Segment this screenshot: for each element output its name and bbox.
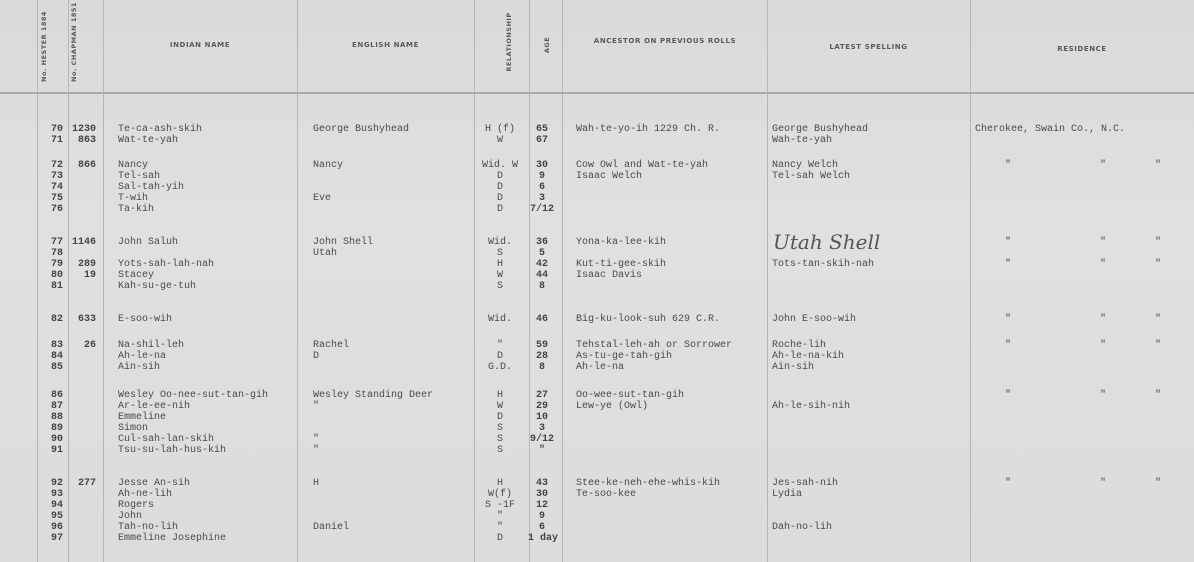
cell-rel: S xyxy=(476,445,524,456)
cell-indian: Simon xyxy=(118,423,148,434)
cell-latest: Ah-le-na-kih xyxy=(772,351,844,362)
cell-rel: H (f) xyxy=(476,124,524,135)
ditto-mark: " xyxy=(1155,340,1161,351)
cell-indian: Wesley Oo-nee-sut-tan-gih xyxy=(118,390,268,401)
cell-indian: Cul-sah-lan-skih xyxy=(118,434,214,445)
cell-age: 9 xyxy=(528,511,556,522)
table-row: 94RogersS -1F12 xyxy=(0,500,1194,511)
cell-chapman: 26 xyxy=(68,340,96,351)
cell-no: 91 xyxy=(44,445,70,456)
cell-no: 81 xyxy=(44,281,70,292)
cell-indian: Emmeline xyxy=(118,412,166,423)
cell-no: 75 xyxy=(44,193,70,204)
cell-rel: W(f) xyxy=(476,489,524,500)
cell-latest: Nancy Welch xyxy=(772,160,838,171)
cell-ancestor: Yona-ka-lee-kih xyxy=(576,237,666,248)
cell-indian: John xyxy=(118,511,142,522)
cell-rel: D xyxy=(476,204,524,215)
table-row: 93Ah-ne-lihW(f)30Te-soo-keeLydia xyxy=(0,489,1194,500)
cell-no: 71 xyxy=(44,135,70,146)
cell-rel: " xyxy=(476,522,524,533)
cell-chapman: 289 xyxy=(68,259,96,270)
cell-indian: Te-ca-ash-skih xyxy=(118,124,202,135)
table-row: 78UtahS5 xyxy=(0,248,1194,259)
cell-english: " xyxy=(313,445,319,456)
table-row: 82633E-soo-wihWid.46Big-ku-look-suh 629 … xyxy=(0,314,1194,325)
cell-no: 88 xyxy=(44,412,70,423)
cell-rel: D xyxy=(476,193,524,204)
cell-ancestor: As-tu-ge-tah-gih xyxy=(576,351,672,362)
cell-latest: Roche-lih xyxy=(772,340,826,351)
cell-ancestor: Cow Owl and Wat-te-yah xyxy=(576,160,708,171)
table-row: 89SimonS3 xyxy=(0,423,1194,434)
cell-indian: Tsu-su-lah-hus-kih xyxy=(118,445,226,456)
cell-no: 73 xyxy=(44,171,70,182)
cell-chapman: 277 xyxy=(68,478,96,489)
cell-indian: E-soo-wih xyxy=(118,314,172,325)
cell-no: 87 xyxy=(44,401,70,412)
cell-latest: Tots-tan-skih-nah xyxy=(772,259,874,270)
cell-no: 90 xyxy=(44,434,70,445)
header-relationship: RELATIONSHIP xyxy=(505,2,513,82)
cell-rel: Wid. W xyxy=(476,160,524,171)
cell-chapman: 1146 xyxy=(68,237,96,248)
cell-rel: D xyxy=(476,412,524,423)
cell-latest: Jes-sah-nih xyxy=(772,478,838,489)
table-row: 84Ah-le-naDD28As-tu-ge-tah-gihAh-le-na-k… xyxy=(0,351,1194,362)
ditto-mark: " xyxy=(1005,390,1011,401)
cell-ancestor: Isaac Davis xyxy=(576,270,642,281)
ditto-mark: " xyxy=(1100,390,1106,401)
cell-indian: Ah-le-na xyxy=(118,351,166,362)
header-english-name: ENGLISH NAME xyxy=(297,40,474,51)
cell-age: 12 xyxy=(528,500,556,511)
header-indian-name: INDIAN NAME xyxy=(103,40,297,51)
cell-latest: Lydia xyxy=(772,489,802,500)
cell-chapman: 19 xyxy=(68,270,96,281)
cell-no: 94 xyxy=(44,500,70,511)
ditto-mark: " xyxy=(1100,160,1106,171)
cell-rel: " xyxy=(476,511,524,522)
cell-ancestor: Ah-le-na xyxy=(576,362,624,373)
cell-chapman: 633 xyxy=(68,314,96,325)
cell-indian: Stacey xyxy=(118,270,154,281)
table-row: 71863Wat-te-yahW67Wah-te-yah xyxy=(0,135,1194,146)
cell-age: 8 xyxy=(528,362,556,373)
cell-age: 42 xyxy=(528,259,556,270)
cell-age: 43 xyxy=(528,478,556,489)
cell-age: 36 xyxy=(528,237,556,248)
cell-chapman: 863 xyxy=(68,135,96,146)
header-age: AGE xyxy=(543,35,551,55)
cell-latest: Dah-no-lih xyxy=(772,522,832,533)
table-row: 72866NancyNancyWid. W30Cow Owl and Wat-t… xyxy=(0,160,1194,171)
cell-rel: D xyxy=(476,533,524,544)
cell-age: 6 xyxy=(528,522,556,533)
table-row: 86Wesley Oo-nee-sut-tan-gihWesley Standi… xyxy=(0,390,1194,401)
cell-english: H xyxy=(313,478,319,489)
cell-indian: John Saluh xyxy=(118,237,178,248)
cell-age: 27 xyxy=(528,390,556,401)
cell-age: 44 xyxy=(528,270,556,281)
header-hester-no: No. HESTER 1884 xyxy=(40,12,48,82)
cell-english: Utah xyxy=(313,248,337,259)
cell-english: Nancy xyxy=(313,160,343,171)
cell-english: Wesley Standing Deer xyxy=(313,390,433,401)
cell-no: 79 xyxy=(44,259,70,270)
table-row: 771146John SaluhJohn ShellWid.36Yona-ka-… xyxy=(0,237,1194,248)
ditto-mark: " xyxy=(1155,259,1161,270)
ditto-mark: " xyxy=(1100,259,1106,270)
cell-ancestor: Oo-wee-sut-tan-gih xyxy=(576,390,684,401)
cell-no: 93 xyxy=(44,489,70,500)
ditto-mark: " xyxy=(1005,259,1011,270)
cell-no: 97 xyxy=(44,533,70,544)
cell-rel: Wid. xyxy=(476,237,524,248)
cell-age: 30 xyxy=(528,489,556,500)
ditto-mark: " xyxy=(1100,237,1106,248)
table-row: 85Ain-sihG.D.8Ah-le-naAin-sih xyxy=(0,362,1194,373)
cell-indian: Rogers xyxy=(118,500,154,511)
table-row: 97Emmeline JosephineD1 day xyxy=(0,533,1194,544)
cell-ancestor: Big-ku-look-suh 629 C.R. xyxy=(576,314,720,325)
cell-rel: W xyxy=(476,270,524,281)
cell-no: 76 xyxy=(44,204,70,215)
cell-no: 72 xyxy=(44,160,70,171)
cell-ancestor: Kut-ti-gee-skih xyxy=(576,259,666,270)
cell-age: 3 xyxy=(528,423,556,434)
table-row: 87Ar-le-ee-nih"W29Lew-ye (Owl)Ah-le-sih-… xyxy=(0,401,1194,412)
cell-rel: D xyxy=(476,351,524,362)
table-row: 76Ta-kihD7/12 xyxy=(0,204,1194,215)
cell-no: 77 xyxy=(44,237,70,248)
cell-ancestor: Tehstal-leh-ah or Sorrower xyxy=(576,340,732,351)
cell-no: 74 xyxy=(44,182,70,193)
table-row: 75T-wihEveD3 xyxy=(0,193,1194,204)
table-row: 79289Yots-sah-lah-nahH42Kut-ti-gee-skihT… xyxy=(0,259,1194,270)
table-row: 90Cul-sah-lan-skih"S9/12 xyxy=(0,434,1194,445)
ditto-mark: " xyxy=(1100,340,1106,351)
cell-age: 29 xyxy=(528,401,556,412)
table-row: 95John"9 xyxy=(0,511,1194,522)
ditto-mark: " xyxy=(1005,160,1011,171)
cell-rel: H xyxy=(476,259,524,270)
ditto-mark: " xyxy=(1155,314,1161,325)
cell-age: 8 xyxy=(528,281,556,292)
cell-age: 9 xyxy=(528,171,556,182)
cell-indian: Ta-kih xyxy=(118,204,154,215)
cell-no: 78 xyxy=(44,248,70,259)
census-roll-page: No. HESTER 1884 No. CHAPMAN 1851 INDIAN … xyxy=(0,0,1194,562)
cell-english: Daniel xyxy=(313,522,349,533)
ditto-mark: " xyxy=(1005,314,1011,325)
cell-no: 83 xyxy=(44,340,70,351)
cell-ancestor: Lew-ye (Owl) xyxy=(576,401,648,412)
cell-rel: D xyxy=(476,182,524,193)
cell-ancestor: Wah-te-yo-ih 1229 Ch. R. xyxy=(576,124,720,135)
cell-english: Rachel xyxy=(313,340,349,351)
cell-indian: Ar-le-ee-nih xyxy=(118,401,190,412)
cell-chapman: 866 xyxy=(68,160,96,171)
cell-indian: Yots-sah-lah-nah xyxy=(118,259,214,270)
cell-no: 95 xyxy=(44,511,70,522)
cell-age: 5 xyxy=(528,248,556,259)
cell-english: Eve xyxy=(313,193,331,204)
cell-rel: H xyxy=(476,390,524,401)
cell-rel: H xyxy=(476,478,524,489)
cell-english: " xyxy=(313,434,319,445)
ditto-mark: " xyxy=(1005,237,1011,248)
cell-indian: Ah-ne-lih xyxy=(118,489,172,500)
cell-rel: S -1F xyxy=(476,500,524,511)
cell-age: 1 day xyxy=(528,533,556,544)
cell-english: John Shell xyxy=(313,237,373,248)
cell-english: " xyxy=(313,401,319,412)
cell-no: 92 xyxy=(44,478,70,489)
cell-english: George Bushyhead xyxy=(313,124,409,135)
cell-no: 84 xyxy=(44,351,70,362)
cell-rel: W xyxy=(476,401,524,412)
table-row: 92277Jesse An-sihHH43Stee-ke-neh-ehe-whi… xyxy=(0,478,1194,489)
cell-english: D xyxy=(313,351,319,362)
cell-indian: Tel-sah xyxy=(118,171,160,182)
handwritten-signature: Utah Shell xyxy=(773,230,880,254)
cell-age: 46 xyxy=(528,314,556,325)
cell-rel: W xyxy=(476,135,524,146)
table-row: 88EmmelineD10 xyxy=(0,412,1194,423)
table-row: 91Tsu-su-lah-hus-kih"S" xyxy=(0,445,1194,456)
table-row: 8326Na-shil-lehRachel"59Tehstal-leh-ah o… xyxy=(0,340,1194,351)
cell-residence: Cherokee, Swain Co., N.C. xyxy=(975,124,1125,135)
cell-age: 9/12 xyxy=(528,434,556,445)
cell-rel: S xyxy=(476,423,524,434)
cell-rel: Wid. xyxy=(476,314,524,325)
ditto-mark: " xyxy=(1155,237,1161,248)
ditto-mark: " xyxy=(1005,478,1011,489)
ditto-mark: " xyxy=(1100,478,1106,489)
cell-no: 82 xyxy=(44,314,70,325)
header-chapman-no: No. CHAPMAN 1851 xyxy=(70,12,78,82)
header-residence: RESIDENCE xyxy=(970,44,1194,55)
cell-no: 96 xyxy=(44,522,70,533)
cell-age: 30 xyxy=(528,160,556,171)
table-row: 96Tah-no-lihDaniel"6Dah-no-lih xyxy=(0,522,1194,533)
header-ancestor: ANCESTOR ON PREVIOUS ROLLS xyxy=(580,36,750,47)
cell-indian: Nancy xyxy=(118,160,148,171)
table-row: 8019StaceyW44Isaac Davis xyxy=(0,270,1194,281)
cell-ancestor: Isaac Welch xyxy=(576,171,642,182)
cell-no: 89 xyxy=(44,423,70,434)
cell-no: 86 xyxy=(44,390,70,401)
table-row: 73Tel-sahD9Isaac WelchTel-sah Welch xyxy=(0,171,1194,182)
cell-age: 3 xyxy=(528,193,556,204)
cell-latest: Ain-sih xyxy=(772,362,814,373)
cell-rel: S xyxy=(476,434,524,445)
cell-age: 28 xyxy=(528,351,556,362)
cell-latest: Wah-te-yah xyxy=(772,135,832,146)
ditto-mark: " xyxy=(1155,390,1161,401)
ditto-mark: " xyxy=(1155,160,1161,171)
cell-no: 85 xyxy=(44,362,70,373)
cell-indian: Sal-tah-yih xyxy=(118,182,184,193)
cell-age: 10 xyxy=(528,412,556,423)
cell-rel: " xyxy=(476,340,524,351)
cell-chapman: 1230 xyxy=(68,124,96,135)
cell-latest: John E-soo-wih xyxy=(772,314,856,325)
cell-rel: G.D. xyxy=(476,362,524,373)
cell-latest: George Bushyhead xyxy=(772,124,868,135)
cell-indian: Ain-sih xyxy=(118,362,160,373)
cell-rel: S xyxy=(476,281,524,292)
cell-rel: S xyxy=(476,248,524,259)
cell-age: 7/12 xyxy=(528,204,556,215)
header-rule xyxy=(0,92,1194,94)
cell-rel: D xyxy=(476,171,524,182)
ditto-mark: " xyxy=(1155,478,1161,489)
cell-indian: Wat-te-yah xyxy=(118,135,178,146)
cell-latest: Tel-sah Welch xyxy=(772,171,850,182)
cell-no: 70 xyxy=(44,124,70,135)
table-row: 701230Te-ca-ash-skihGeorge BushyheadH (f… xyxy=(0,124,1194,135)
cell-indian: T-wih xyxy=(118,193,148,204)
cell-latest: Ah-le-sih-nih xyxy=(772,401,850,412)
cell-no: 80 xyxy=(44,270,70,281)
table-row: 74Sal-tah-yihD6 xyxy=(0,182,1194,193)
cell-age: 67 xyxy=(528,135,556,146)
cell-ancestor: Stee-ke-neh-ehe-whis-kih xyxy=(576,478,720,489)
cell-indian: Emmeline Josephine xyxy=(118,533,226,544)
table-row: 81Kah-su-ge-tuhS8 xyxy=(0,281,1194,292)
cell-indian: Tah-no-lih xyxy=(118,522,178,533)
cell-indian: Na-shil-leh xyxy=(118,340,184,351)
cell-ancestor: Te-soo-kee xyxy=(576,489,636,500)
ditto-mark: " xyxy=(1005,340,1011,351)
cell-indian: Kah-su-ge-tuh xyxy=(118,281,196,292)
cell-age: 6 xyxy=(528,182,556,193)
header-latest-spelling: LATEST SPELLING xyxy=(767,42,970,53)
cell-age: 59 xyxy=(528,340,556,351)
ditto-mark: " xyxy=(1100,314,1106,325)
cell-age: " xyxy=(528,445,556,456)
cell-age: 65 xyxy=(528,124,556,135)
cell-indian: Jesse An-sih xyxy=(118,478,190,489)
